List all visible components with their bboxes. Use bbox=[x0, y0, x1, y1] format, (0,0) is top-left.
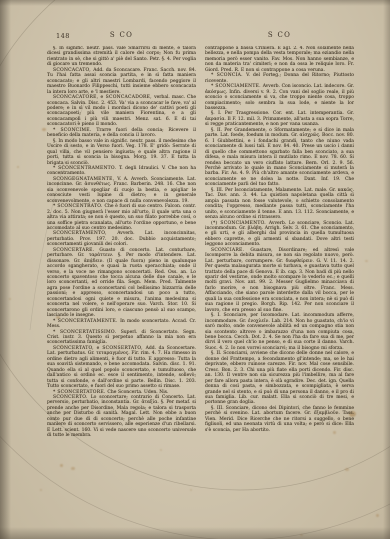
paragraph: contrappone a bassa Criniera. E agl. 2. … bbox=[205, 46, 354, 73]
foxing-spot bbox=[376, 514, 379, 517]
running-head-right: S CO bbox=[205, 31, 354, 39]
entry-headword: * SCONCENTRAMENTO. bbox=[53, 166, 119, 171]
paragraph: §. In signific. neutr. pass. vale Smarri… bbox=[47, 46, 196, 68]
entry-headword: * SCONCENTRATO. bbox=[53, 204, 105, 209]
text-column-right: contrappone a bassa Criniera. E agl. 2. … bbox=[205, 46, 354, 438]
entry-headword: * SCONCERTATISSIMO. bbox=[53, 330, 121, 335]
foxing-spot bbox=[42, 128, 46, 131]
running-head-left: S CO bbox=[47, 31, 196, 39]
paragraph: SCONCACATO, Add. da Sconcacare. Franc. S… bbox=[47, 68, 196, 95]
paragraph: * SCONCIME. Trarre fuori della concia; R… bbox=[47, 128, 196, 139]
paragraph: §. I. Sconciare, per Iscomodare. Lat. in… bbox=[205, 313, 354, 351]
paragraph: (*) SCONCIAMENTO. Avverb. Lo sconciare, … bbox=[205, 221, 354, 248]
paragraph: §. III. Per Isconciatamente, Malamente. … bbox=[205, 188, 354, 221]
entry-headword: * SCONCERTATORE. bbox=[53, 390, 107, 395]
foxing-spot bbox=[345, 468, 349, 471]
entry-headword: * SCONCIME. bbox=[53, 128, 96, 133]
paragraph: SCONGEGNATAMENTE, V. A. Avverb. Sconciam… bbox=[47, 177, 196, 204]
paragraph: * SCONCIAMENTE. Avverb. Con isconcio. La… bbox=[205, 84, 354, 111]
paragraph: SCONCIARE. Guastare, Disordinare; ed alt… bbox=[205, 248, 354, 313]
paragraph: §. In modo basso vale in signific. neutr… bbox=[47, 139, 196, 166]
entry-headword: SCONCERTO. bbox=[53, 395, 91, 400]
paragraph: §. II. Per Grandemente, o Sformatamente;… bbox=[205, 128, 354, 188]
scanned-page: 148 S CO S CO §. In signific. neutr. pas… bbox=[0, 0, 390, 539]
entry-headword: SCONCERTATO, e SCONSERTATO, bbox=[53, 346, 146, 351]
entry-headword: (*) SCONCIAMENTO. bbox=[211, 221, 269, 226]
foxing-spot bbox=[71, 467, 75, 470]
entry-headword: SCONCACATORE, e SCONCACADORE, bbox=[53, 95, 154, 100]
paragraph: SCONCACATORE, e SCONCACADORE, verbal. ma… bbox=[47, 95, 196, 128]
paragraph: SCONCERTARE. Guasto di concerto. Lat. co… bbox=[47, 248, 196, 319]
paragraph: * SCONCIA. V. del Forteg.; Donna del Rit… bbox=[205, 73, 354, 84]
paragraph: * SCONCERTATISSIMO. Superl. di Sconcerta… bbox=[47, 330, 196, 346]
entry-headword: SCONCIARE. bbox=[211, 248, 250, 253]
foxing-spot bbox=[365, 260, 368, 262]
entry-headword: SCONGEGNATAMENTE, bbox=[53, 177, 117, 182]
entry-headword: * SCONCIAMENTE. bbox=[211, 84, 263, 89]
paragraph: §. II. Sconciarsi, avviene che dicono de… bbox=[205, 351, 354, 406]
foxing-spot bbox=[17, 166, 19, 168]
paragraph: §. III. Sconciare, dicono dei Dipintori,… bbox=[205, 406, 354, 433]
foxing-spot bbox=[9, 298, 11, 300]
foxing-spot bbox=[60, 464, 63, 467]
foxing-spot bbox=[160, 449, 162, 451]
entry-headword: SCONCACATO, bbox=[53, 68, 93, 73]
paragraph: SCONCERTAMENTO, Avverb. Lat. inconcinnit… bbox=[47, 231, 196, 247]
foxing-spot bbox=[40, 489, 42, 491]
entry-headword: * SCONCERTATAMENTE. bbox=[53, 319, 120, 324]
paragraph: §. I. Per Trasgressione. Cor. ent. Lat. … bbox=[205, 111, 354, 127]
paragraph: * SCONCENTRAMENTO. T. degli Idraulici. V… bbox=[47, 166, 196, 177]
foxing-spot bbox=[300, 534, 303, 536]
page-header: 148 S CO S CO bbox=[0, 31, 390, 43]
text-column-left: §. In signific. neutr. pass. vale Smarri… bbox=[47, 46, 196, 438]
entry-headword: SCONCERTAMENTO, bbox=[53, 231, 117, 236]
paragraph: * SCONCENTRATO. Che è fuori di suo centr… bbox=[47, 204, 196, 231]
entry-headword: SCONCERTARE. bbox=[53, 248, 99, 253]
paragraph: SCONCERTO. Lo sconcertare; contrario di … bbox=[47, 395, 196, 438]
paragraph: SCONCERTATO, e SCONSERTATO, Add. da Scon… bbox=[47, 346, 196, 390]
foxing-spot bbox=[190, 489, 192, 491]
paragraph: * SCONCERTATAMENTE. In modo sconcertato.… bbox=[47, 319, 196, 330]
entry-headword: * SCONCIA. bbox=[211, 73, 246, 78]
